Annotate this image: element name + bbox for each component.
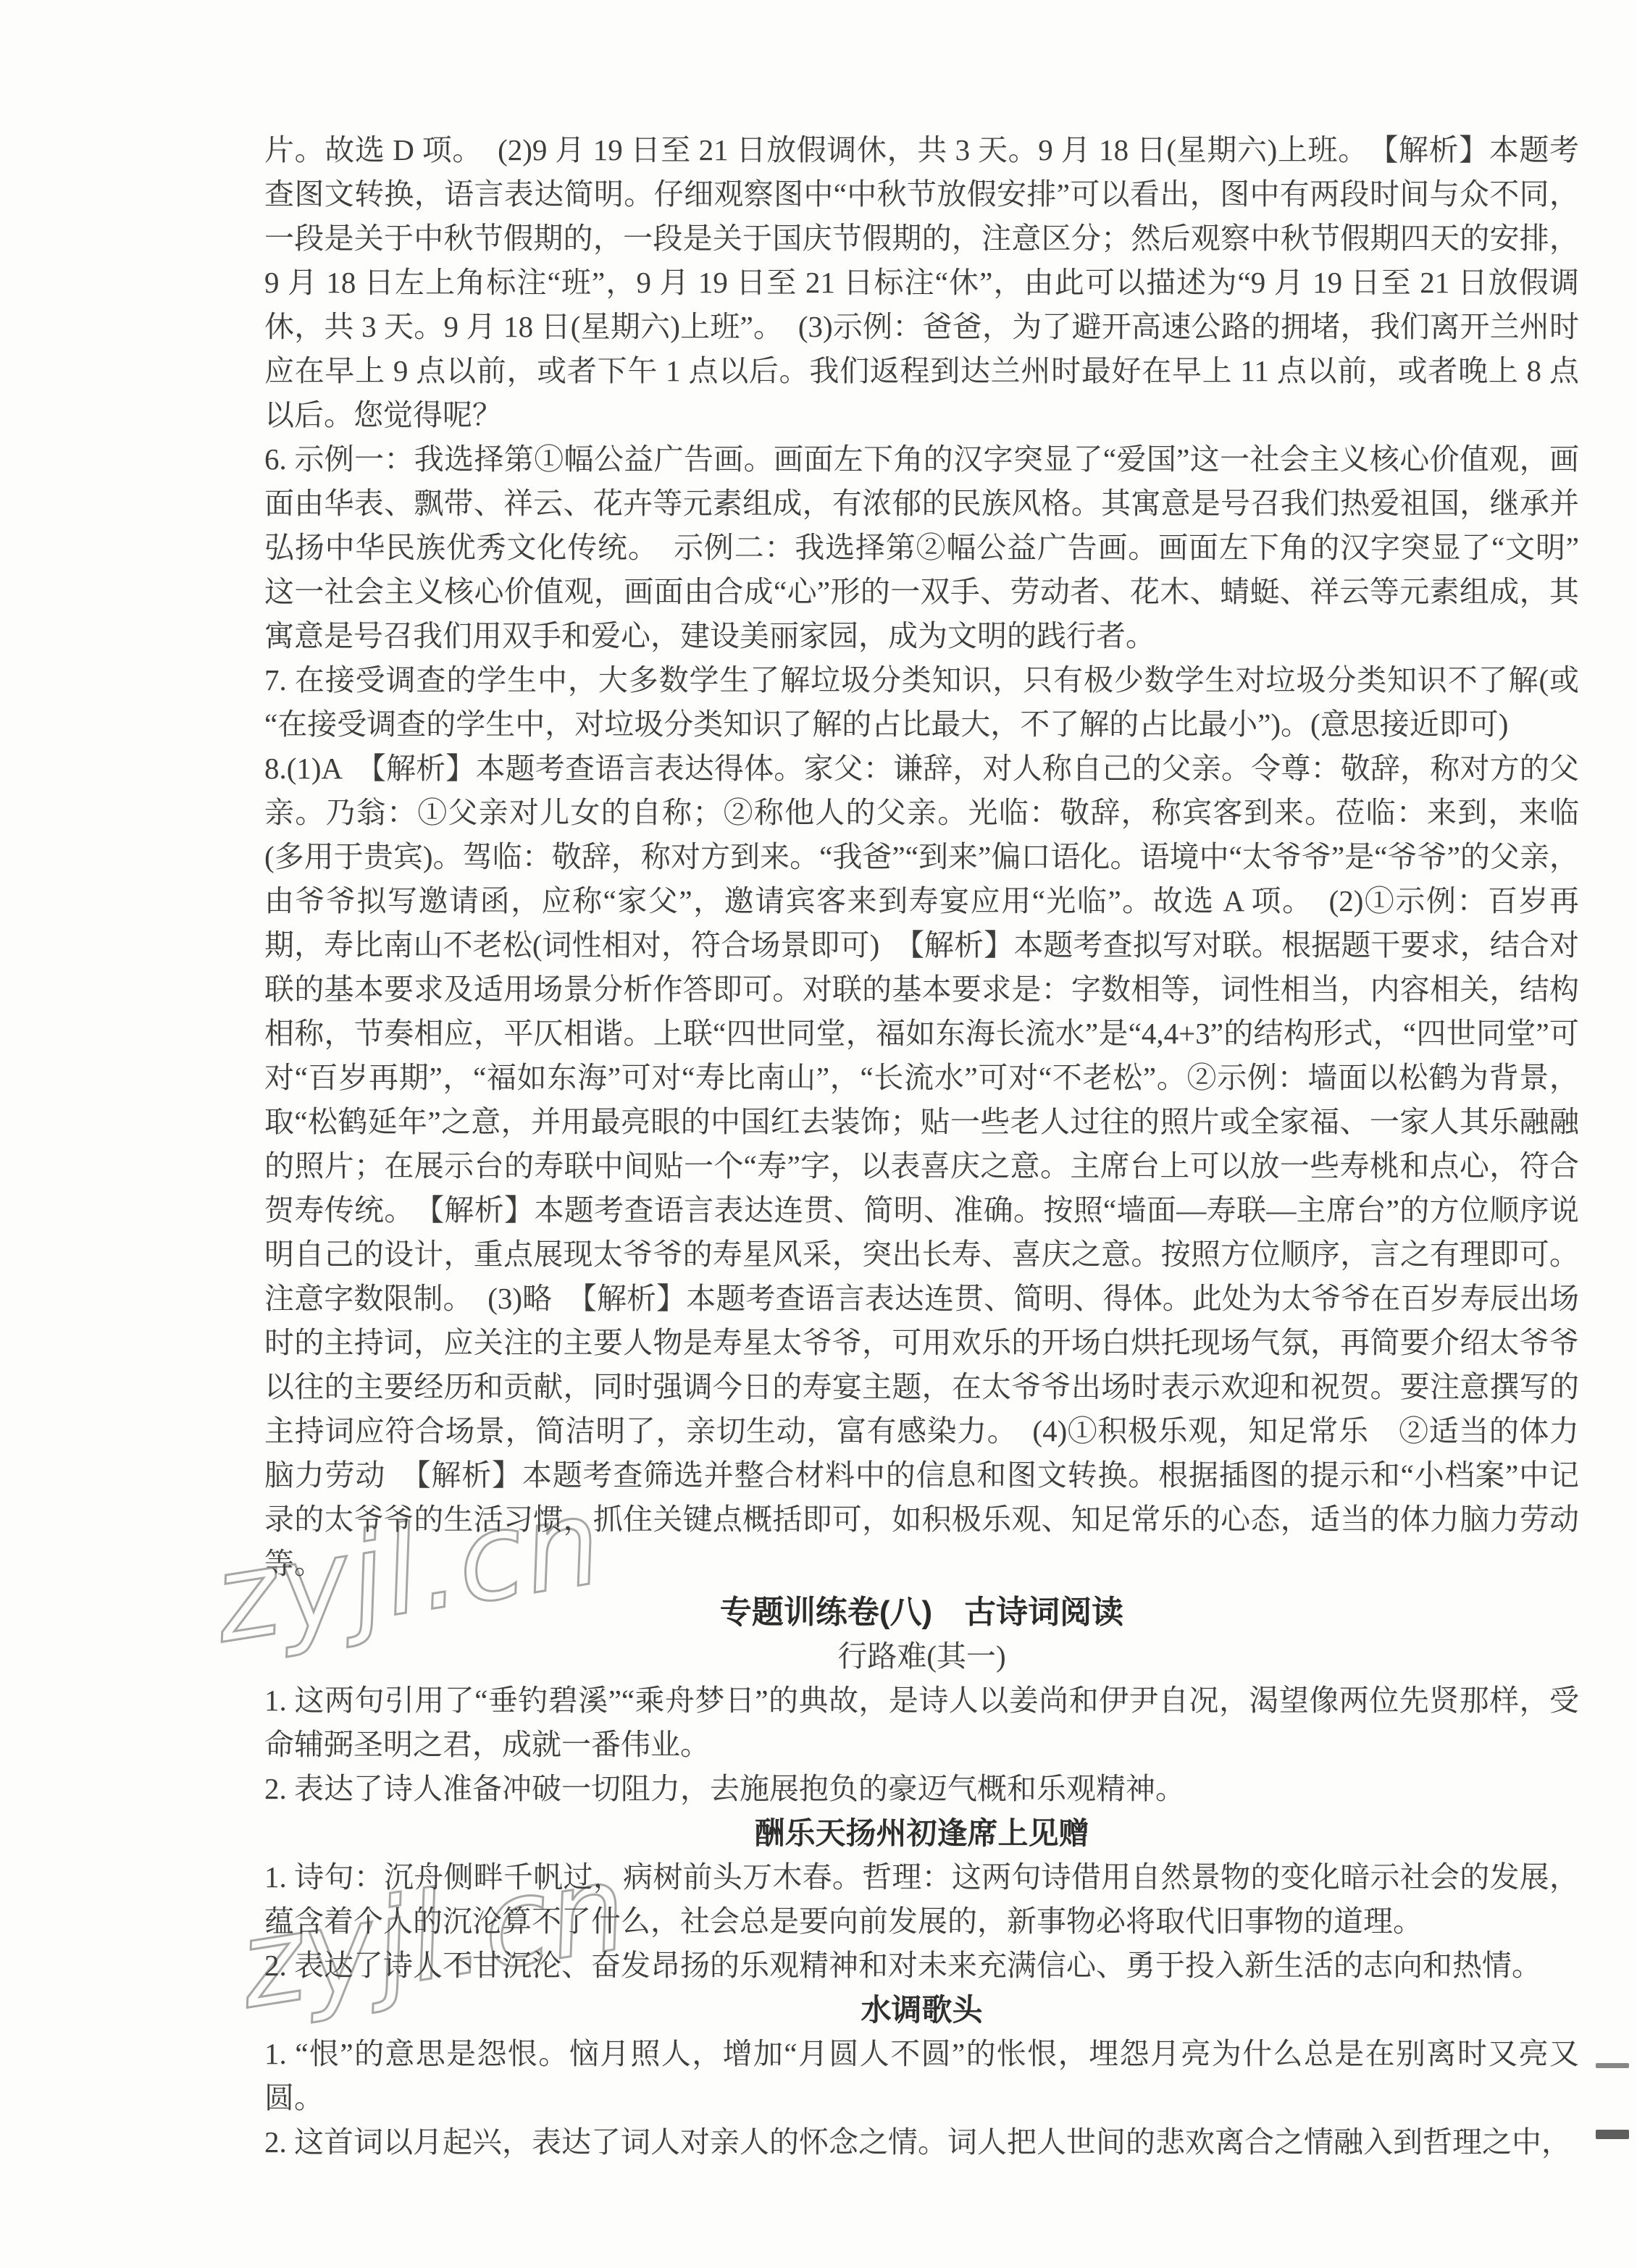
answer-item-6: 6. 示例一：我选择第①幅公益广告画。画面左下角的汉字突显了“爱国”这一社会主义… xyxy=(264,437,1579,658)
poem1-answer-2: 2. 表达了诗人准备冲破一切阻力，去施展抱负的豪迈气概和乐观精神。 xyxy=(264,1767,1579,1811)
answer-item-7: 7. 在接受调查的学生中，大多数学生了解垃圾分类知识，只有极少数学生对垃圾分类知… xyxy=(264,658,1579,747)
poem-title-chouletian: 酬乐天扬州初逢席上见赠 xyxy=(264,1811,1579,1855)
scan-artifact-dash-1 xyxy=(1596,2063,1629,2068)
poem-title-shuidiaogetou: 水调歌头 xyxy=(264,1988,1579,2032)
poem-title-xinglunan: 行路难(其一) xyxy=(264,1634,1579,1679)
scan-artifact-dash-2 xyxy=(1596,2130,1629,2139)
poem3-answer-1: 1. “恨”的意思是怨恨。恼月照人，增加“月圆人不圆”的怅恨，埋怨月亮为什么总是… xyxy=(264,2032,1579,2120)
scanned-answer-page: zyjl.cn zyjl.cn 片。故选 D 项。 (2)9 月 19 日至 2… xyxy=(0,0,1637,2268)
answer-item-5-continued: 片。故选 D 项。 (2)9 月 19 日至 21 日放假调休，共 3 天。9 … xyxy=(264,128,1579,437)
poem1-answer-1: 1. 这两句引用了“垂钓碧溪”“乘舟梦日”的典故，是诗人以姜尚和伊尹自况，渴望像… xyxy=(264,1679,1579,1767)
poem3-answer-2: 2. 这首词以月起兴，表达了词人对亲人的怀念之情。词人把人世间的悲欢离合之情融入… xyxy=(264,2120,1579,2164)
section-title-unit-8-ancient-poetry: 专题训练卷(八) 古诗词阅读 xyxy=(264,1590,1579,1634)
answer-text-column: 片。故选 D 项。 (2)9 月 19 日至 21 日放假调休，共 3 天。9 … xyxy=(264,128,1579,2164)
poem2-answer-1: 1. 诗句：沉舟侧畔千帆过，病树前头万木春。哲理：这两句诗借用自然景物的变化暗示… xyxy=(264,1855,1579,1944)
answer-item-8: 8.(1)A 【解析】本题考查语言表达得体。家父：谦辞，对人称自己的父亲。令尊：… xyxy=(264,747,1579,1586)
poem2-answer-2: 2. 表达了诗人不甘沉沦、奋发昂扬的乐观精神和对未来充满信心、勇于投入新生活的志… xyxy=(264,1944,1579,1988)
